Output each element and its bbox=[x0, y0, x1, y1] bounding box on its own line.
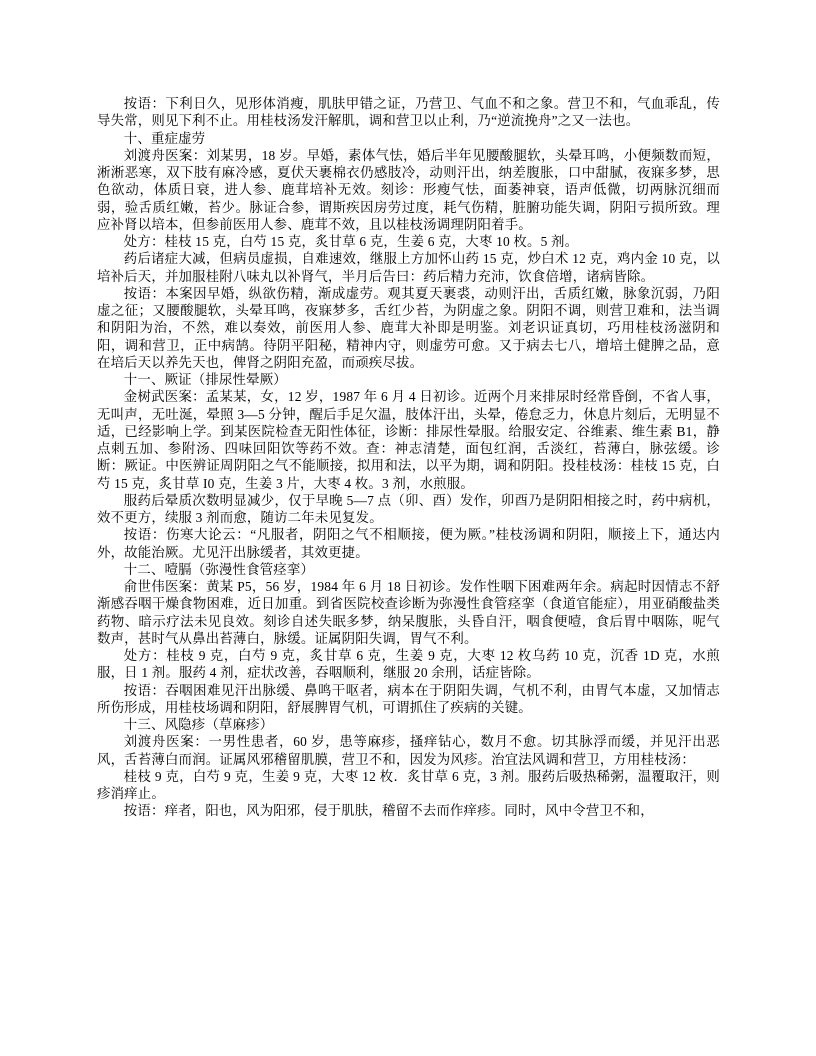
section-heading-11-syncope: 十一、厥证（排尿性晕厥） bbox=[97, 371, 720, 388]
paragraph-case-liu-duzhou: 刘渡舟医案：刘某男，18 岁。早婚，素体气怯，婚后半年见腰酸腿软，头晕耳鸣，小便… bbox=[97, 147, 720, 233]
section-heading-12-dysphagia: 十二、噎膈（弥漫性食管痉挛） bbox=[97, 561, 720, 578]
paragraph-case-jin-shuwu: 金树武医案：孟某某，女，12 岁，1987 年 6 月 4 日初诊。近两个月来排… bbox=[97, 388, 720, 492]
paragraph-case-yu-shiwei: 俞世伟医案：黄某 P5，56 岁，1984 年 6 月 18 日初诊。发作性咽下… bbox=[97, 578, 720, 647]
paragraph-followup-case-10: 药后诸症大减，但病员虚损，自难速效，继服上方加怀山药 15 克，炒白术 12 克… bbox=[97, 250, 720, 285]
paragraph-annotation-case-12: 按语：吞咽困难见汗出脉缓、鼻鸣干呕者，病本在于阴阳失调，气机不利，由胃气本虚，又… bbox=[97, 682, 720, 717]
paragraph-prescription-case-13: 桂枝 9 克，白芍 9 克，生姜 9 克，大枣 12 枚．炙甘草 6 克，3 剂… bbox=[97, 768, 720, 803]
paragraph-followup-case-11: 服药后晕质次数明显减少，仅于早晚 5—7 点（卯、酉）发作，卯酉乃是阴阳相接之时… bbox=[97, 492, 720, 527]
section-heading-10-consumptive-disease: 十、重症虚劳 bbox=[97, 130, 720, 147]
document-page: 按语：下利日久，见形体消瘦，肌肤甲错之证，乃营卫、气血不和之象。营卫不和，气血乖… bbox=[0, 0, 816, 1056]
paragraph-annotation-case-11: 按语：伤寒大论云：“凡服者，阴阳之气不相顺接，便为厥。”桂枝汤调和阴阳，顺接上下… bbox=[97, 526, 720, 561]
paragraph-annotation-case-10: 按语：本案因早婚，纵欲伤精，渐成虚劳。观其夏天裹裘，动则汗出，舌质红嫩，脉象沉弱… bbox=[97, 285, 720, 371]
paragraph-case-urticaria: 刘渡舟医案：一男性患者，60 岁，患等麻疹，搔痒钻心，数月不愈。切其脉浮而缓，并… bbox=[97, 733, 720, 768]
section-heading-13-urticaria: 十三、风隐疹（草麻疹） bbox=[97, 716, 720, 733]
paragraph-prescription-case-10: 处方：桂枝 15 克，白芍 15 克，炙甘草 6 克，生姜 6 克，大枣 10 … bbox=[97, 233, 720, 250]
paragraph-prescription-case-12: 处方：桂枝 9 克，白芍 9 克，炙甘草 6 克，生姜 9 克，大枣 12 枚乌… bbox=[97, 647, 720, 682]
paragraph-annotation-case-13: 按语：痒者，阳也，风为阳邪，侵于肌肤，稽留不去而作痒疹。同时，风中令营卫不和， bbox=[97, 802, 720, 819]
paragraph-annotation-diarrhea: 按语：下利日久，见形体消瘦，肌肤甲错之证，乃营卫、气血不和之象。营卫不和，气血乖… bbox=[97, 95, 720, 130]
